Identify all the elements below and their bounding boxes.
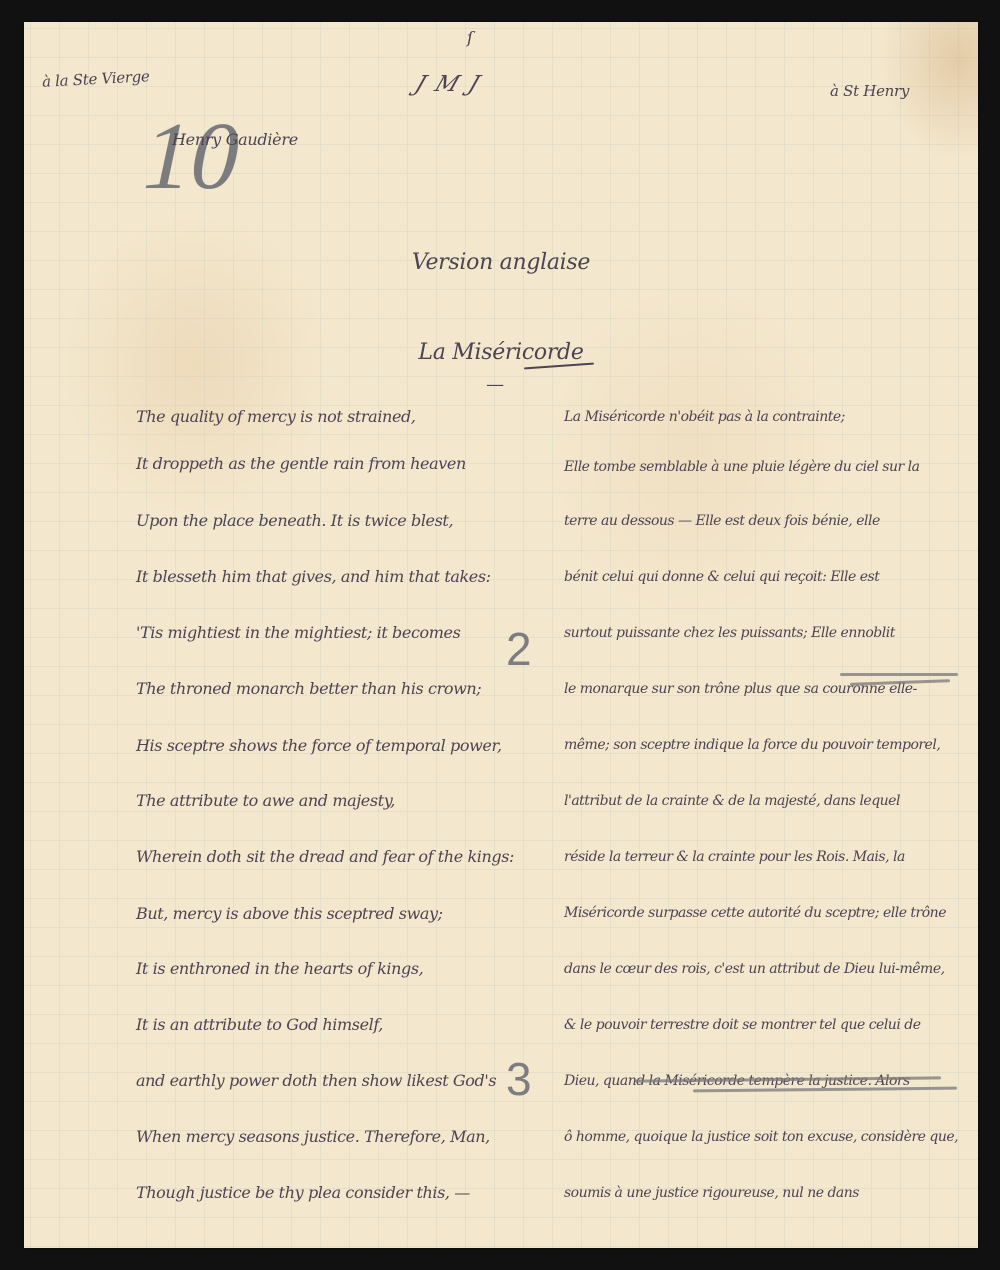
english-line: Though justice be thy plea consider this… [136,1183,470,1202]
french-line: réside la terreur & la crainte pour les … [564,849,905,865]
french-line: & le pouvoir terrestre doit se montrer t… [564,1017,921,1033]
french-line: l'attribut de la crainte & de la majesté… [564,793,900,809]
grade-mark: 10 [134,108,250,204]
english-line: When mercy seasons justice. Therefore, M… [136,1127,490,1146]
margin-number-2: 2 [506,622,532,676]
english-line: The throned monarch better than his crow… [136,679,481,698]
title-version-anglaise: Version anglaise [24,250,978,275]
title-separator: — [18,374,972,395]
english-line: It droppeth as the gentle rain from heav… [136,454,466,473]
margin-number-3: 3 [506,1052,532,1106]
top-right-dedication: à St Henry [830,82,909,100]
french-line: ô homme, quoique la justice soit ton exc… [564,1129,958,1145]
english-line: But, mercy is above this sceptred sway; [136,904,443,923]
pencil-underline [840,673,958,676]
french-line: même; son sceptre indique la force du po… [564,737,940,753]
french-line: bénit celui qui donne & celui qui reçoit… [564,569,879,585]
title-la-misericorde: La Miséricorde [24,340,978,365]
english-line: 'Tis mightiest in the mightiest; it beco… [136,623,460,642]
french-line: surtout puissante chez les puissants; El… [564,625,895,641]
french-line: dans le cœur des rois, c'est un attribut… [564,961,945,977]
english-line: It is an attribute to God himself, [136,1015,383,1034]
french-line: Elle tombe semblable à une pluie légère … [564,459,919,475]
french-line: terre au dessous — Elle est deux fois bé… [564,513,880,529]
english-line: His sceptre shows the force of temporal … [136,736,502,755]
english-line: It is enthroned in the hearts of kings, [136,959,423,978]
top-left-dedication: à la Ste Vierge [42,67,150,91]
english-line: and earthly power doth then show likest … [136,1071,496,1090]
english-line: It blesseth him that gives, and him that… [136,567,491,586]
top-center-small-mark: ſ [467,28,473,47]
author-name: Henry Gaudière [172,130,298,149]
scanned-manuscript: à la Ste Vierge ſ J M J à St Henry 10 He… [0,0,1000,1270]
french-line: Miséricorde surpasse cette autorité du s… [564,905,946,921]
paper-sheet: à la Ste Vierge ſ J M J à St Henry 10 He… [24,22,978,1248]
english-line: Wherein doth sit the dread and fear of t… [136,847,514,866]
french-line: La Miséricorde n'obéit pas à la contrain… [564,409,845,425]
english-line: Upon the place beneath. It is twice bles… [136,511,453,530]
french-line: soumis à une justice rigoureuse, nul ne … [564,1185,859,1201]
top-center-monogram: J M J [411,72,484,97]
english-line: The attribute to awe and majesty, [136,791,395,810]
english-line: The quality of mercy is not strained, [136,407,416,426]
